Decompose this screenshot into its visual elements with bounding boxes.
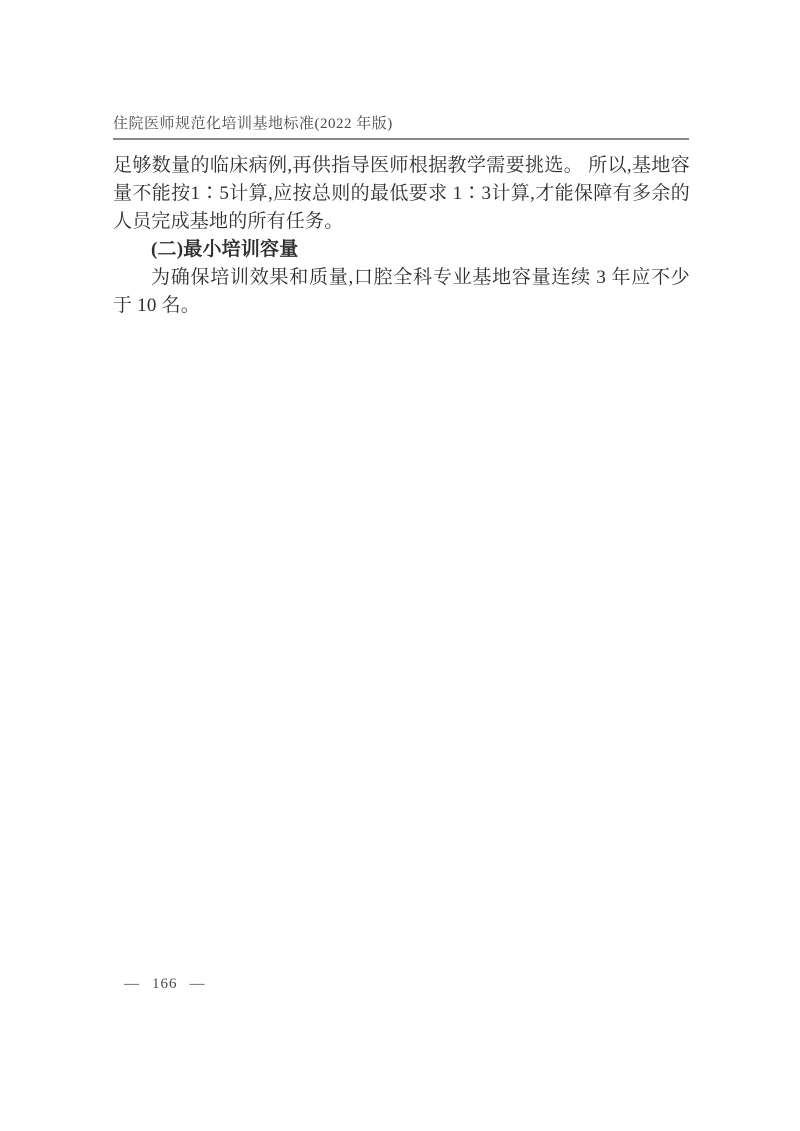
running-header-title: 住院医师规范化培训基地标准(2022 年版) — [113, 114, 689, 134]
page-footer: —166— — [124, 976, 206, 993]
section-heading: (二)最小培训容量 — [113, 236, 690, 264]
paragraph: 为确保培训效果和质量,口腔全科专业基地容量连续 3 年应不少于 10 名。 — [113, 264, 690, 320]
paragraph-continuation: 足够数量的临床病例,再供指导医师根据教学需要挑选。 所以,基地容量不能按1∶5计… — [113, 152, 690, 236]
header-divider — [113, 138, 689, 140]
footer-dash-right: — — [190, 976, 206, 992]
page-body: 足够数量的临床病例,再供指导医师根据教学需要挑选。 所以,基地容量不能按1∶5计… — [113, 152, 690, 320]
page-header: 住院医师规范化培训基地标准(2022 年版) — [113, 114, 689, 140]
page-number: 166 — [152, 976, 178, 993]
footer-dash-left: — — [124, 976, 140, 992]
document-page: 住院医师规范化培训基地标准(2022 年版) 足够数量的临床病例,再供指导医师根… — [0, 0, 800, 1131]
